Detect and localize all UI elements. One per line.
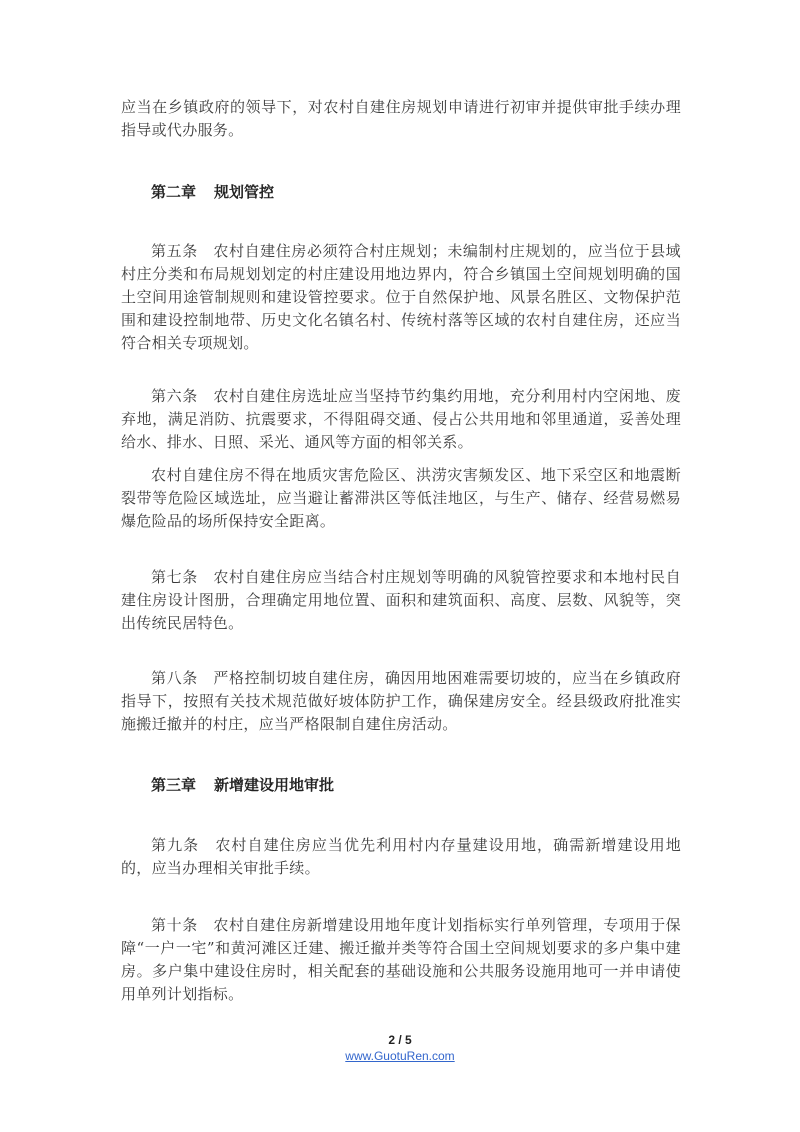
article-5: 第五条 农村自建住房必须符合村庄规划；未编制村庄规划的，应当位于县域村庄分类和布… <box>121 240 681 355</box>
paragraph-continuation: 应当在乡镇政府的领导下，对农村自建住房规划申请进行初审并提供审批手续办理指导或代… <box>121 96 681 142</box>
chapter-label: 第二章 <box>151 183 196 201</box>
page-indicator: 2 / 5 <box>0 1033 800 1047</box>
chapter-title: 新增建设用地审批 <box>214 776 334 794</box>
chapter-heading-2: 第二章规划管控 <box>151 181 274 202</box>
article-6-paragraph-2: 农村自建住房不得在地质灾害危险区、洪涝灾害频发区、地下采空区和地震断裂带等危险区… <box>121 464 681 533</box>
chapter-heading-3: 第三章新增建设用地审批 <box>151 774 334 795</box>
article-6: 第六条 农村自建住房选址应当坚持节约集约用地，充分利用村内空闲地、废弃地，满足消… <box>121 385 681 454</box>
site-link-text[interactable]: www.GuotuRen.com <box>345 1049 454 1063</box>
article-8: 第八条 严格控制切坡自建住房，确因用地困难需要切坡的，应当在乡镇政府指导下，按照… <box>121 667 681 736</box>
site-link[interactable]: www.GuotuRen.com <box>0 1049 800 1063</box>
article-7: 第七条 农村自建住房应当结合村庄规划等明确的风貌管控要求和本地村民自建住房设计图… <box>121 566 681 635</box>
article-9: 第九条 农村自建住房应当优先利用村内存量建设用地，确需新增建设用地的，应当办理相… <box>121 834 681 880</box>
article-10: 第十条 农村自建住房新增建设用地年度计划指标实行单列管理，专项用于保障“一户一宅… <box>121 914 681 1006</box>
chapter-title: 规划管控 <box>214 183 274 201</box>
chapter-label: 第三章 <box>151 776 196 794</box>
